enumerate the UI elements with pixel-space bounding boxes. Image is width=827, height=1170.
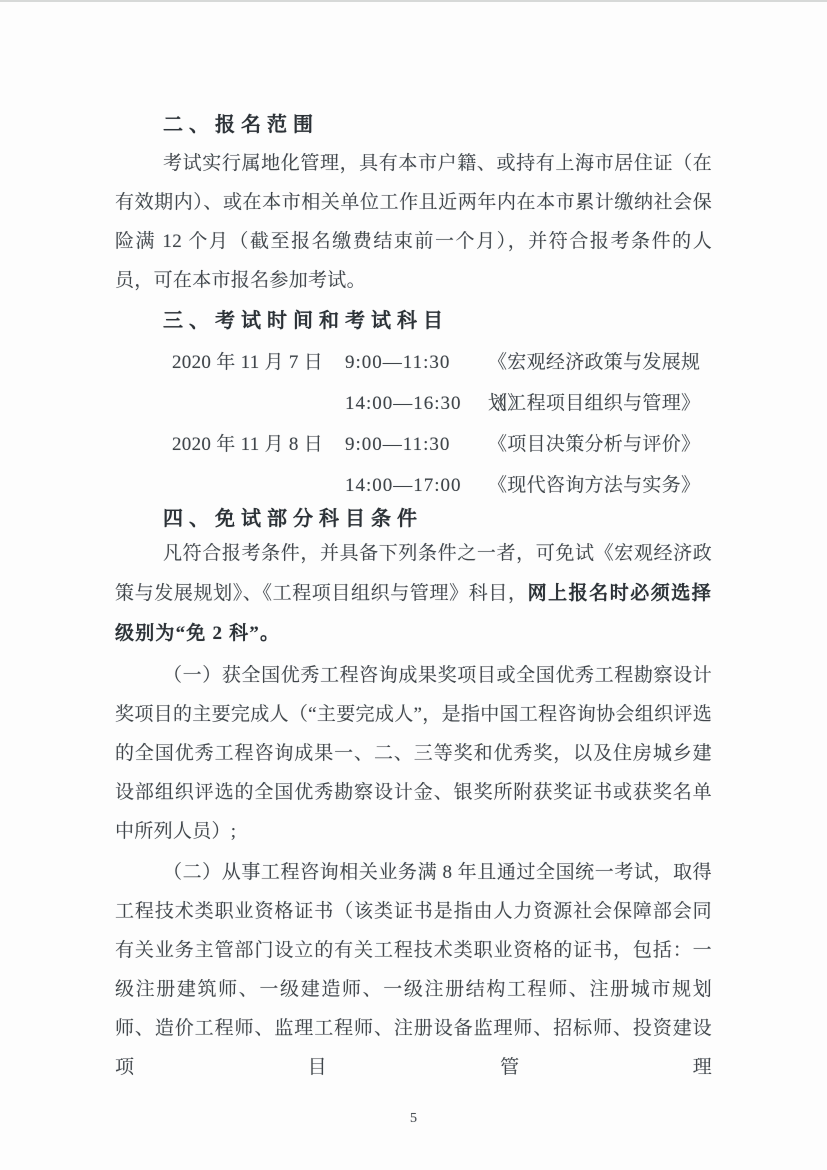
schedule-subject: 《项目决策分析与评价》 xyxy=(488,424,712,465)
document-content: 二、报名范围 考试实行属地化管理，具有本市户籍、或持有上海市居住证（在有效期内）… xyxy=(0,0,827,1129)
document-page: 二、报名范围 考试实行属地化管理，具有本市户籍、或持有上海市居住证（在有效期内）… xyxy=(0,0,827,1170)
schedule-row: 14:00—17:00 《现代咨询方法与实务》 xyxy=(115,465,712,506)
section-heading-registration-scope: 二、报名范围 xyxy=(115,112,712,138)
page-number: 5 xyxy=(115,1109,712,1129)
section-heading-exemption-conditions: 四、免试部分科目条件 xyxy=(115,506,712,532)
schedule-date xyxy=(172,383,345,424)
exam-schedule-table: 2020 年 11 月 7 日 9:00—11:30 《宏观经济政策与发展规划》… xyxy=(115,342,712,506)
schedule-time: 9:00—11:30 xyxy=(345,424,488,465)
schedule-date xyxy=(172,465,345,506)
schedule-subject: 《宏观经济政策与发展规划》 xyxy=(488,342,712,383)
schedule-subject: 《现代咨询方法与实务》 xyxy=(488,465,712,506)
schedule-date: 2020 年 11 月 8 日 xyxy=(172,424,345,465)
paragraph-exemption-item-1: （一）获全国优秀工程咨询成果奖项目或全国优秀工程勘察设计奖项目的主要完成人（“主… xyxy=(115,656,712,851)
scan-edge-artifact xyxy=(0,0,827,2)
schedule-time: 14:00—17:00 xyxy=(345,465,488,506)
schedule-row: 14:00—16:30 《工程项目组织与管理》 xyxy=(115,383,712,424)
schedule-row: 2020 年 11 月 7 日 9:00—11:30 《宏观经济政策与发展规划》 xyxy=(115,342,712,383)
schedule-time: 14:00—16:30 xyxy=(345,383,488,424)
schedule-subject: 《工程项目组织与管理》 xyxy=(488,383,712,424)
paragraph-exemption-intro: 凡符合报考条件，并具备下列条件之一者，可免试《宏观经济政策与发展规划》、《工程项… xyxy=(115,534,712,654)
schedule-row: 2020 年 11 月 8 日 9:00—11:30 《项目决策分析与评价》 xyxy=(115,424,712,465)
schedule-date: 2020 年 11 月 7 日 xyxy=(172,342,345,383)
paragraph-registration-scope: 考试实行属地化管理，具有本市户籍、或持有上海市居住证（在有效期内）、或在本市相关… xyxy=(115,144,712,300)
section-heading-exam-schedule: 三、考试时间和考试科目 xyxy=(115,308,712,334)
paragraph-exemption-item-2: （二）从事工程咨询相关业务满 8 年且通过全国统一考试，取得工程技术类职业资格证… xyxy=(115,853,712,1087)
schedule-time: 9:00—11:30 xyxy=(345,342,488,383)
